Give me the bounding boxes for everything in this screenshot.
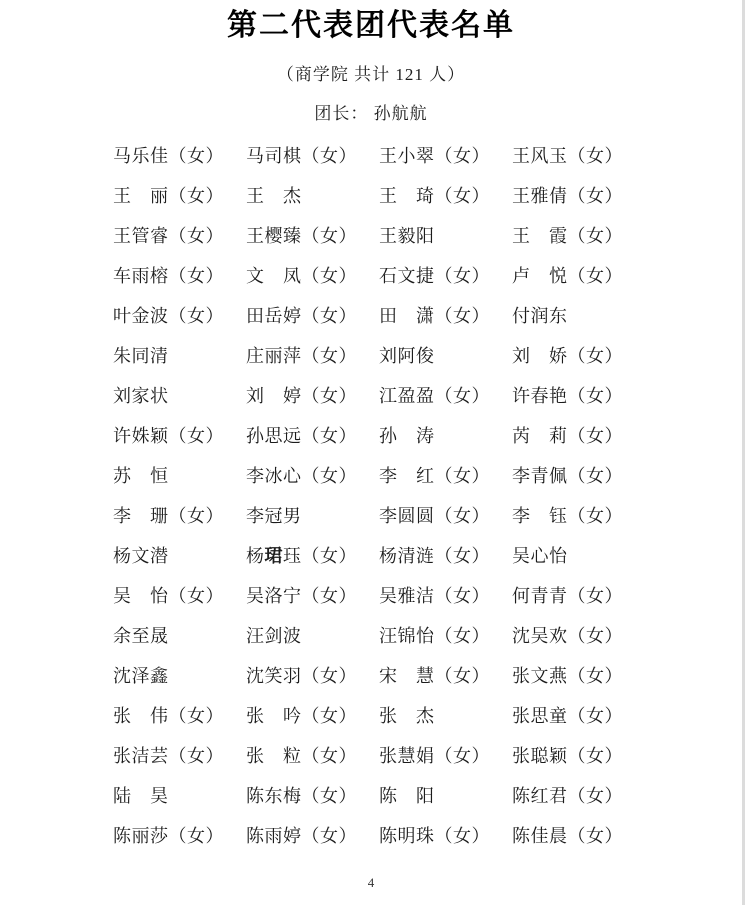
roster-cell: 汪锦怡（女）	[379, 622, 512, 648]
roster-cell: 沈笑羽（女）	[246, 662, 379, 688]
roster-cell: 李青佩（女）	[512, 462, 645, 488]
roster-cell: 李冠男	[246, 502, 379, 528]
roster-cell: 张 杰	[379, 702, 512, 728]
roster-cell: 王樱臻（女）	[246, 222, 379, 248]
roster-row: 沈泽鑫沈笑羽（女）宋 慧（女）张文燕（女）	[113, 655, 653, 695]
roster-cell: 汪剑波	[246, 622, 379, 648]
roster-cell: 张思童（女）	[512, 702, 645, 728]
roster-cell: 吴洛宁（女）	[246, 582, 379, 608]
roster-cell: 王雅倩（女）	[512, 182, 645, 208]
roster-cell: 陈红君（女）	[512, 782, 645, 808]
roster-cell: 王 霞（女）	[512, 222, 645, 248]
roster-cell: 王 琦（女）	[379, 182, 512, 208]
roster-row: 杨文潜杨珺珏（女）杨清涟（女）吴心怡	[113, 535, 653, 575]
roster-cell: 张文燕（女）	[512, 662, 645, 688]
roster-cell: 李 钰（女）	[512, 502, 645, 528]
roster-row: 苏 恒李冰心（女）李 红（女）李青佩（女）	[113, 455, 653, 495]
roster-cell: 张 吟（女）	[246, 702, 379, 728]
roster-cell: 陈东梅（女）	[246, 782, 379, 808]
roster-cell: 陆 昊	[113, 782, 246, 808]
roster-cell: 孙思远（女）	[246, 422, 379, 448]
roster-cell: 马司棋（女）	[246, 142, 379, 168]
page-title: 第二代表团代表名单	[0, 8, 742, 44]
roster-cell: 王风玉（女）	[512, 142, 645, 168]
roster-cell: 李 红（女）	[379, 462, 512, 488]
roster-cell: 陈佳晨（女）	[512, 822, 645, 848]
roster-cell: 李圆圆（女）	[379, 502, 512, 528]
roster-cell: 王毅阳	[379, 222, 512, 248]
roster-row: 刘家状刘 婷（女）江盈盈（女）许春艳（女）	[113, 375, 653, 415]
roster-cell: 张 粒（女）	[246, 742, 379, 768]
roster-row: 吴 怡（女）吴洛宁（女）吴雅洁（女）何青青（女）	[113, 575, 653, 615]
roster-cell: 杨文潜	[113, 542, 246, 568]
roster-cell: 陈雨婷（女）	[246, 822, 379, 848]
delegation-leader-line: 团长： 孙航航	[0, 103, 742, 125]
roster-cell: 陈丽莎（女）	[113, 822, 246, 848]
roster-cell: 王 杰	[246, 182, 379, 208]
roster-row: 张 伟（女）张 吟（女）张 杰张思童（女）	[113, 695, 653, 735]
roster-cell: 文 凤（女）	[246, 262, 379, 288]
roster-cell: 沈泽鑫	[113, 662, 246, 688]
roster-cell: 刘 婷（女）	[246, 382, 379, 408]
roster-cell: 李冰心（女）	[246, 462, 379, 488]
roster-cell: 许春艳（女）	[512, 382, 645, 408]
roster-row: 王 丽（女）王 杰王 琦（女）王雅倩（女）	[113, 175, 653, 215]
roster-cell: 刘阿俊	[379, 342, 512, 368]
page-number: 4	[0, 875, 742, 891]
roster-cell: 宋 慧（女）	[379, 662, 512, 688]
roster-cell: 孙 涛	[379, 422, 512, 448]
roster-row: 张洁芸（女）张 粒（女）张慧娟（女）张聪颖（女）	[113, 735, 653, 775]
roster-cell: 吴心怡	[512, 542, 645, 568]
roster-cell: 张慧娟（女）	[379, 742, 512, 768]
roster-row: 叶金波（女）田岳婷（女）田 潇（女）付润东	[113, 295, 653, 335]
roster-cell: 陈 阳	[379, 782, 512, 808]
roster-row: 许姝颖（女）孙思远（女）孙 涛芮 莉（女）	[113, 415, 653, 455]
document-page: 第二代表团代表名单 （商学院 共计 121 人） 团长： 孙航航 马乐佳（女）马…	[0, 0, 745, 905]
roster-row: 王管睿（女）王樱臻（女）王毅阳王 霞（女）	[113, 215, 653, 255]
roster-cell: 芮 莉（女）	[512, 422, 645, 448]
roster-cell: 叶金波（女）	[113, 302, 246, 328]
roster-cell: 张聪颖（女）	[512, 742, 645, 768]
roster-row: 陈丽莎（女）陈雨婷（女）陈明珠（女）陈佳晨（女）	[113, 815, 653, 855]
roster-row: 余至晟汪剑波汪锦怡（女）沈吴欢（女）	[113, 615, 653, 655]
roster-row: 马乐佳（女）马司棋（女）王小翠（女）王风玉（女）	[113, 135, 653, 175]
roster-cell: 田 潇（女）	[379, 302, 512, 328]
roster-cell: 沈吴欢（女）	[512, 622, 645, 648]
roster-cell: 车雨榕（女）	[113, 262, 246, 288]
roster-cell: 刘 娇（女）	[512, 342, 645, 368]
roster-cell: 石文捷（女）	[379, 262, 512, 288]
roster-cell: 卢 悦（女）	[512, 262, 645, 288]
roster-cell: 何青青（女）	[512, 582, 645, 608]
roster-cell: 江盈盈（女）	[379, 382, 512, 408]
roster-cell: 苏 恒	[113, 462, 246, 488]
roster-cell: 付润东	[512, 302, 645, 328]
roster-grid: 马乐佳（女）马司棋（女）王小翠（女）王风玉（女）王 丽（女）王 杰王 琦（女）王…	[113, 135, 653, 855]
roster-cell: 余至晟	[113, 622, 246, 648]
roster-cell: 张 伟（女）	[113, 702, 246, 728]
roster-row: 朱同清庄丽萍（女）刘阿俊刘 娇（女）	[113, 335, 653, 375]
roster-cell: 庄丽萍（女）	[246, 342, 379, 368]
roster-cell: 刘家状	[113, 382, 246, 408]
roster-cell: 吴雅洁（女）	[379, 582, 512, 608]
roster-cell: 陈明珠（女）	[379, 822, 512, 848]
roster-row: 李 珊（女）李冠男李圆圆（女）李 钰（女）	[113, 495, 653, 535]
roster-cell: 杨清涟（女）	[379, 542, 512, 568]
roster-cell: 吴 怡（女）	[113, 582, 246, 608]
roster-cell: 王 丽（女）	[113, 182, 246, 208]
roster-cell: 王小翠（女）	[379, 142, 512, 168]
roster-cell: 杨珺珏（女）	[246, 542, 379, 568]
roster-cell: 张洁芸（女）	[113, 742, 246, 768]
roster-row: 车雨榕（女）文 凤（女）石文捷（女）卢 悦（女）	[113, 255, 653, 295]
roster-cell: 李 珊（女）	[113, 502, 246, 528]
roster-cell: 王管睿（女）	[113, 222, 246, 248]
roster-cell: 马乐佳（女）	[113, 142, 246, 168]
subtitle-college-count: （商学院 共计 121 人）	[0, 64, 742, 86]
roster-cell: 朱同清	[113, 342, 246, 368]
roster-row: 陆 昊陈东梅（女）陈 阳陈红君（女）	[113, 775, 653, 815]
roster-cell: 田岳婷（女）	[246, 302, 379, 328]
roster-cell: 许姝颖（女）	[113, 422, 246, 448]
